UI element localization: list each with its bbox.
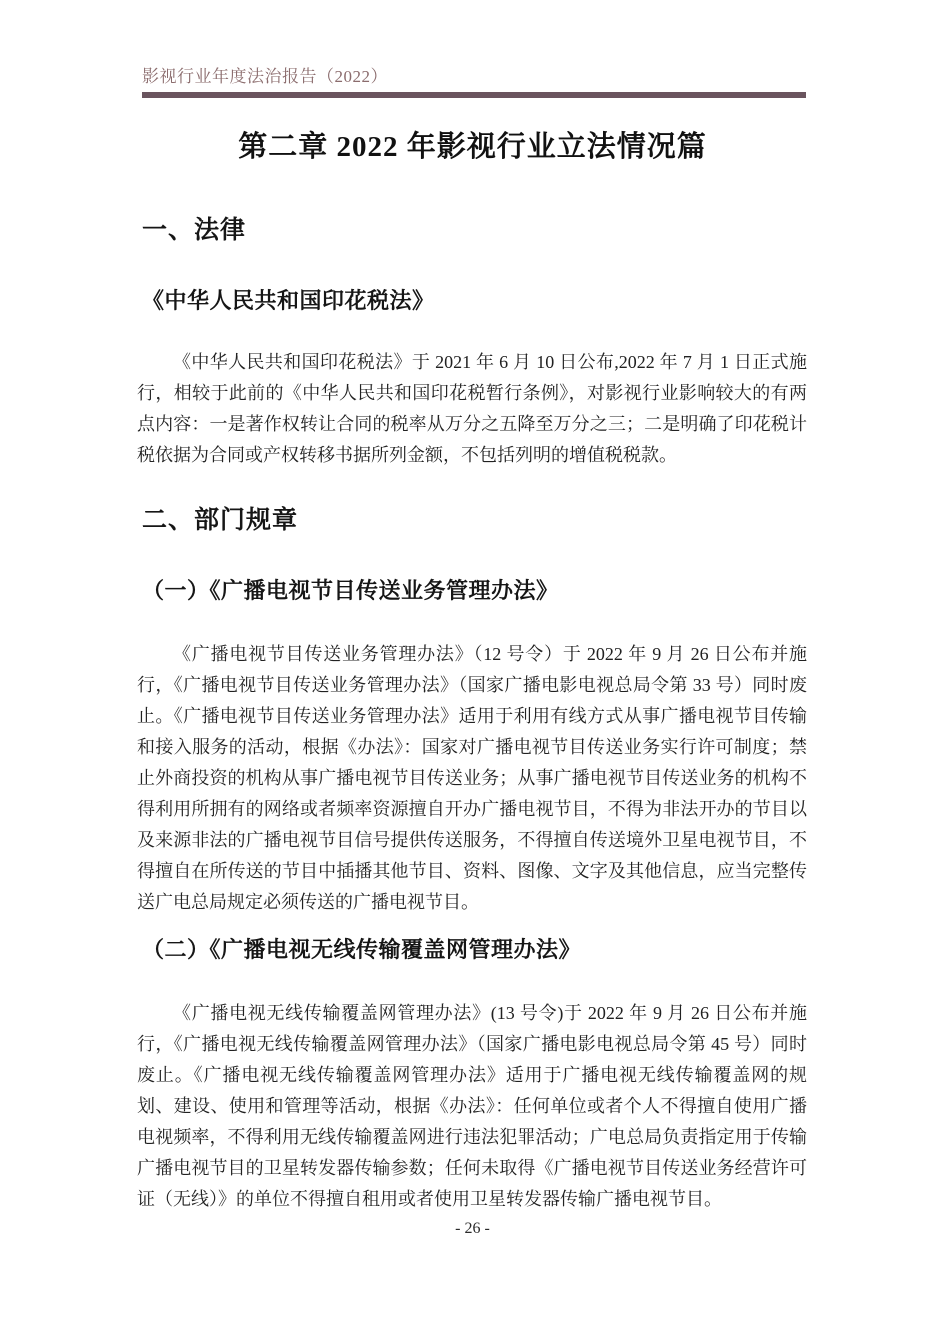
paragraph-stamp-tax-law: 《中华人民共和国印花税法》于 2021 年 6 月 10 日公布,2022 年 …	[137, 347, 807, 471]
subsection-title-program-transmission-measures: （一）《广播电视节目传送业务管理办法》	[142, 574, 559, 605]
chapter-title: 第二章 2022 年影视行业立法情况篇	[0, 124, 945, 165]
section-heading-department-regulations: 二、部门规章	[142, 500, 298, 536]
document-page: 影视行业年度法治报告（2022） 第二章 2022 年影视行业立法情况篇 一、法…	[0, 0, 945, 1336]
header-rule	[142, 92, 806, 98]
section-heading-laws: 一、法律	[142, 210, 246, 246]
paragraph-program-transmission-measures: 《广播电视节目传送业务管理办法》（12 号令）于 2022 年 9 月 26 日…	[137, 639, 807, 918]
paragraph-wireless-coverage-measures: 《广播电视无线传输覆盖网管理办法》(13 号令)于 2022 年 9 月 26 …	[137, 998, 807, 1215]
subsection-title-wireless-coverage-measures: （二）《广播电视无线传输覆盖网管理办法》	[142, 933, 581, 964]
page-number: - 26 -	[0, 1220, 945, 1238]
subsection-title-stamp-tax-law: 《中华人民共和国印花税法》	[142, 284, 435, 315]
running-header: 影视行业年度法治报告（2022）	[142, 62, 388, 87]
